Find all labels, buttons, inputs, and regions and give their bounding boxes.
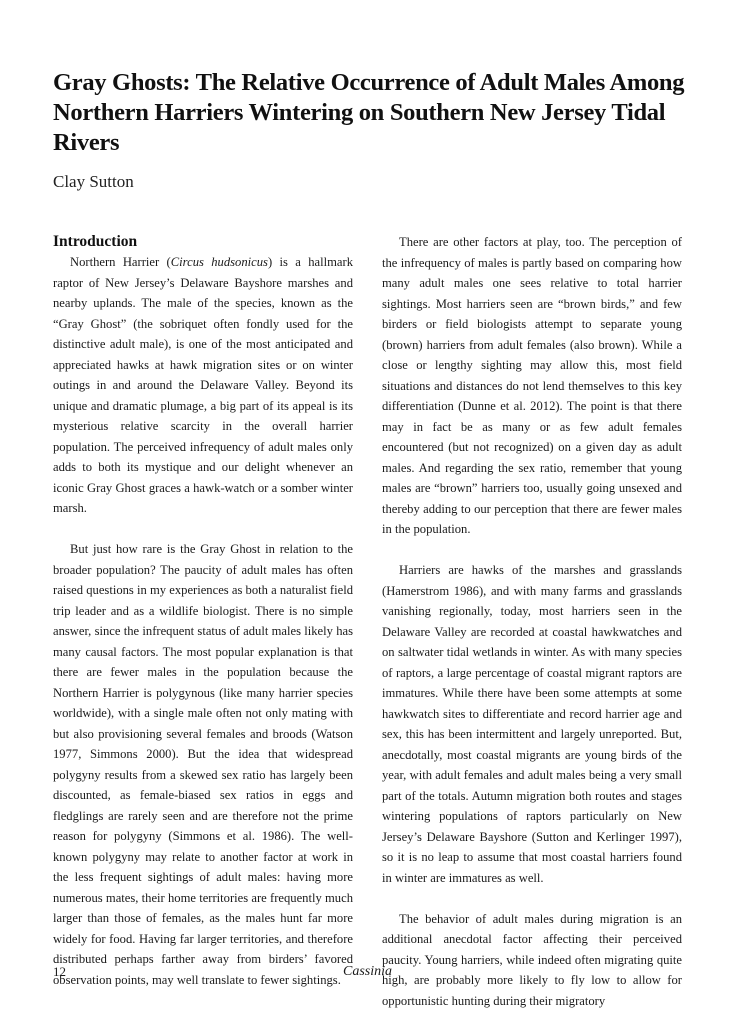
left-column: Introduction Northern Harrier (Circus hu… bbox=[53, 232, 353, 1011]
paragraph: The behavior of adult males during migra… bbox=[382, 909, 682, 1012]
paragraph: Harriers are hawks of the marshes and gr… bbox=[382, 560, 682, 888]
article-author: Clay Sutton bbox=[53, 172, 134, 192]
text-span: Northern Harrier ( bbox=[70, 255, 171, 269]
article-title: Gray Ghosts: The Relative Occurrence of … bbox=[53, 68, 693, 158]
paragraph: Northern Harrier (Circus hudsonicus) is … bbox=[53, 252, 353, 519]
species-name: Circus hudsonicus bbox=[171, 255, 268, 269]
journal-name: Cassinia bbox=[0, 964, 735, 980]
paragraph: There are other factors at play, too. Th… bbox=[382, 232, 682, 540]
section-heading-introduction: Introduction bbox=[53, 232, 353, 252]
text-span: ) is a hallmark raptor of New Jersey’s D… bbox=[53, 255, 353, 515]
paragraph: But just how rare is the Gray Ghost in r… bbox=[53, 539, 353, 990]
right-column: There are other factors at play, too. Th… bbox=[382, 232, 682, 1024]
